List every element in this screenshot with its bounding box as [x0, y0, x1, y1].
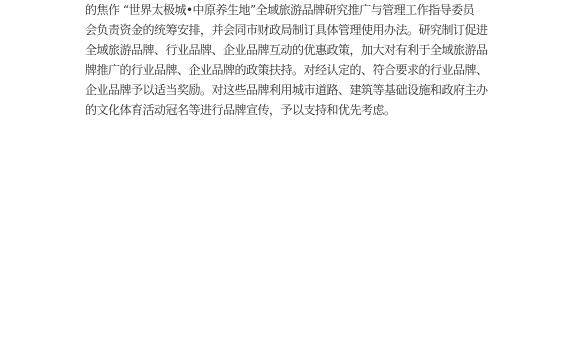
paragraph-line: 全域旅游品牌、行业品牌、企业品牌互动的优惠政策，加大对有利于全域旅游品: [85, 40, 495, 60]
paragraph-line: 的文化体育活动冠名等进行品牌宣传，予以支持和优先考虑。: [85, 100, 495, 120]
paragraph-line: 会负责资金的统筹安排，并会同市财政局制订具体管理使用办法。研究制订促进: [85, 20, 495, 40]
paragraph: 的焦作 “世界太极城•中原养生地”全域旅游品牌研究推广与管理工作指导委员 会负责…: [85, 0, 495, 120]
paragraph-line: 的焦作 “世界太极城•中原养生地”全域旅游品牌研究推广与管理工作指导委员: [85, 0, 495, 20]
paragraph-line: 企业品牌予以适当奖励。对这些品牌利用城市道路、建筑等基础设施和政府主办: [85, 80, 495, 100]
document-page: 的焦作 “世界太极城•中原养生地”全域旅游品牌研究推广与管理工作指导委员 会负责…: [0, 0, 570, 360]
paragraph-line: 牌推广的行业品牌、企业品牌的政策扶持。对经认定的、符合要求的行业品牌、: [85, 60, 495, 80]
